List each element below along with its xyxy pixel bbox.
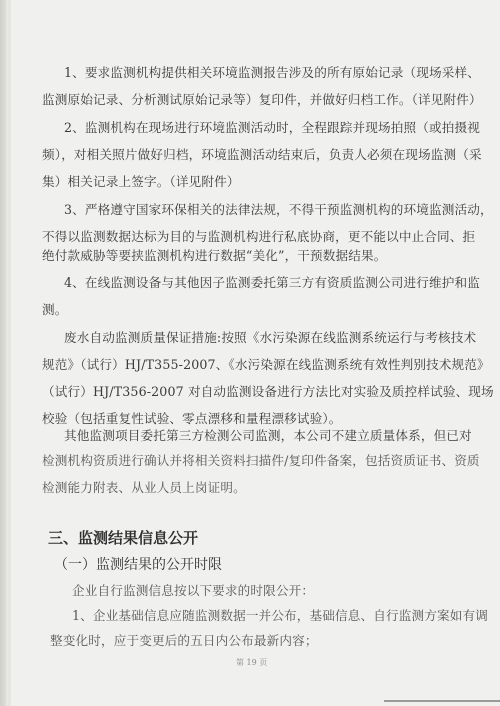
paragraph-3-line-2: 不得以监测数据达标为目的与监测机构进行私底协商，更不能以中止合同、拒: [42, 229, 475, 244]
paragraph-2-line-2: 频），对相关照片做好归档，环境监测活动结束后，负责人必须在现场监测（采: [42, 147, 482, 162]
paragraph-6-line-1: 其他监测项目委托第三方检测公司监测，本公司不建立质量体系，但已对: [64, 428, 472, 443]
paragraph-6-line-3: 检测能力附表、从业人员上岗证明。: [42, 480, 246, 495]
section-paragraph-1: 企业自行监测信息按以下要求的时限公开：: [72, 583, 314, 598]
paragraph-3-line-1: 3、严格遵守国家环保相关的法律法规，不得干预监测机构的环境监测活动，: [64, 202, 493, 217]
section-paragraph-2-line-2: 整变化时，应于变更后的五日内公布最新内容；: [50, 633, 318, 648]
paragraph-5-line-3: （试行）HJ/T356-2007 对自动监测设备进行方法比对实验及质控样试验、现…: [42, 384, 494, 399]
paragraph-3-line-3: 绝付款威胁等要挟监测机构进行数据“美化”，干预数据结果。: [42, 248, 387, 263]
paragraph-5-line-4: 校验（包括重复性试验、零点漂移和量程漂移试验）。: [42, 411, 342, 426]
paragraph-2-line-3: 集）相关记录上签字。（详见附件）: [42, 174, 240, 189]
paragraph-4-line-1: 4、在线监测设备与其他因子监测委托第三方有资质监测公司进行维护和监: [64, 275, 480, 290]
document-page: 1、要求监测机构提供相关环境监测报告涉及的所有原始记录（现场采样、 监测原始记录…: [0, 0, 500, 706]
section-heading: 三、监测结果信息公开: [48, 527, 198, 548]
paragraph-1-line-2: 监测原始记录、分析测试原始记录等）复印件，并做好归档工作。（详见附件）: [42, 92, 482, 107]
page-number: 第 19 页: [236, 657, 267, 668]
section-paragraph-2-line-1: 1、企业基础信息应随监测数据一并公布，基础信息、自行监测方案如有调: [72, 608, 488, 623]
paragraph-4-line-2: 测。: [42, 302, 68, 317]
paragraph-2-line-1: 2、监测机构在现场进行环境监测活动时，全程跟踪并现场拍照（或拍摄视: [64, 120, 480, 135]
paragraph-5-line-1: 废水自动监测质量保证措施:按照《水污染源在线监测系统运行与考核技术: [64, 330, 476, 345]
subsection-heading: （一）监测结果的公开时限: [54, 554, 222, 574]
paragraph-6-line-2: 检测机构资质进行确认并将相关资料扫描件/复印件备案，包括资质证书、资质: [42, 453, 480, 468]
scan-bottom-shadow: [384, 700, 500, 702]
paragraph-5-line-2: 规范》（试行）HJ/T355-2007、《水污染源在线监测系统有效性判别技术规范…: [42, 357, 490, 372]
paragraph-1-line-1: 1、要求监测机构提供相关环境监测报告涉及的所有原始记录（现场采样、: [64, 65, 480, 80]
